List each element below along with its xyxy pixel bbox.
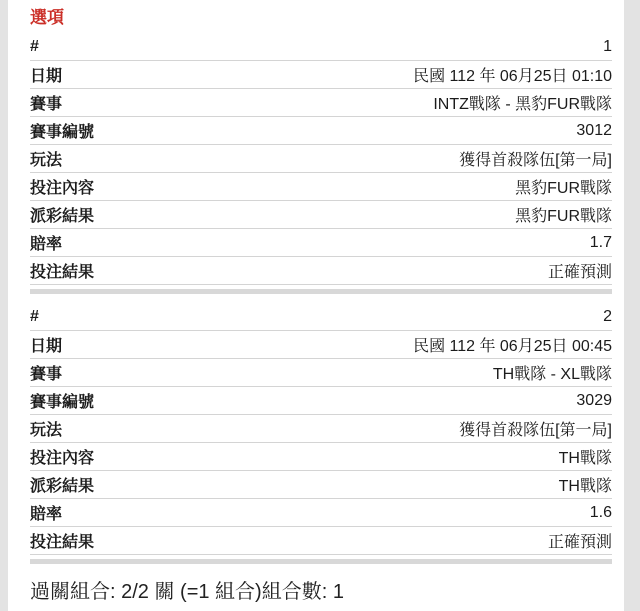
table-row: 賽事編號 3012 (30, 117, 612, 145)
row-label: 玩法 (30, 147, 62, 170)
row-label: 投注結果 (30, 259, 94, 282)
bet-leg: # 1 日期 民國 112 年 06月25日 01:10 賽事 INTZ戰隊 -… (22, 33, 612, 285)
table-row: 派彩結果 TH戰隊 (30, 471, 612, 499)
table-row: 日期 民國 112 年 06月25日 01:10 (30, 61, 612, 89)
table-row: 賽事編號 3029 (30, 387, 612, 415)
options-page: 選項 # 1 日期 民國 112 年 06月25日 01:10 賽事 INTZ戰… (8, 0, 624, 611)
row-label: 日期 (30, 333, 62, 356)
table-row: 投注結果 正確預測 (30, 527, 612, 555)
section-separator (30, 559, 612, 564)
table-row: 派彩結果 黑豹FUR戰隊 (30, 201, 612, 229)
table-row: 賽事 TH戰隊 - XL戰隊 (30, 359, 612, 387)
row-value: 3012 (576, 122, 612, 140)
bet-rows: # 1 日期 民國 112 年 06月25日 01:10 賽事 INTZ戰隊 -… (22, 33, 612, 285)
table-row: 賠率 1.6 (30, 499, 612, 527)
page-title: 選項 (30, 8, 612, 28)
row-value: 民國 112 年 06月25日 01:10 (413, 63, 612, 86)
row-value: 1.7 (590, 234, 612, 252)
row-label: # (30, 308, 39, 326)
table-row: 日期 民國 112 年 06月25日 00:45 (30, 331, 612, 359)
table-row: 投注內容 TH戰隊 (30, 443, 612, 471)
row-value: 正確預測 (548, 259, 612, 282)
row-value: TH戰隊 (559, 473, 612, 496)
row-label: 派彩結果 (30, 203, 94, 226)
row-label: 投注內容 (30, 175, 94, 198)
row-value: 民國 112 年 06月25日 00:45 (413, 333, 612, 356)
bet-leg: # 2 日期 民國 112 年 06月25日 00:45 賽事 TH戰隊 - X… (22, 303, 612, 555)
table-row: 玩法 獲得首殺隊伍[第一局] (30, 415, 612, 443)
table-row: # 2 (30, 303, 612, 331)
table-row: 投注結果 正確預測 (30, 257, 612, 285)
row-label: 賽事編號 (30, 119, 94, 142)
row-value: 1.6 (590, 504, 612, 522)
table-row: 投注內容 黑豹FUR戰隊 (30, 173, 612, 201)
row-label: 日期 (30, 63, 62, 86)
row-value: 獲得首殺隊伍[第一局] (459, 417, 612, 440)
row-value: 獲得首殺隊伍[第一局] (459, 147, 612, 170)
row-value: 1 (603, 38, 612, 56)
row-value: 3029 (576, 392, 612, 410)
row-label: 派彩結果 (30, 473, 94, 496)
row-value: 黑豹FUR戰隊 (515, 203, 612, 226)
row-label: 賽事 (30, 91, 62, 114)
row-value: TH戰隊 (559, 445, 612, 468)
row-value: TH戰隊 - XL戰隊 (493, 361, 612, 384)
row-label: 賠率 (30, 231, 62, 254)
combo-summary: 過關組合: 2/2 關 (=1 組合)組合數: 1 (30, 578, 612, 606)
row-value: INTZ戰隊 - 黑豹FUR戰隊 (433, 91, 612, 114)
bet-rows: # 2 日期 民國 112 年 06月25日 00:45 賽事 TH戰隊 - X… (22, 303, 612, 555)
row-label: # (30, 38, 39, 56)
row-value: 黑豹FUR戰隊 (515, 175, 612, 198)
bet-legs: # 1 日期 民國 112 年 06月25日 01:10 賽事 INTZ戰隊 -… (22, 33, 612, 564)
row-label: 賽事編號 (30, 389, 94, 412)
row-value: 2 (603, 308, 612, 326)
table-row: # 1 (30, 33, 612, 61)
row-label: 投注結果 (30, 529, 94, 552)
table-row: 賽事 INTZ戰隊 - 黑豹FUR戰隊 (30, 89, 612, 117)
table-row: 玩法 獲得首殺隊伍[第一局] (30, 145, 612, 173)
table-row: 賠率 1.7 (30, 229, 612, 257)
row-label: 投注內容 (30, 445, 94, 468)
row-label: 賽事 (30, 361, 62, 384)
row-label: 玩法 (30, 417, 62, 440)
row-value: 正確預測 (548, 529, 612, 552)
section-separator (30, 289, 612, 294)
row-label: 賠率 (30, 501, 62, 524)
